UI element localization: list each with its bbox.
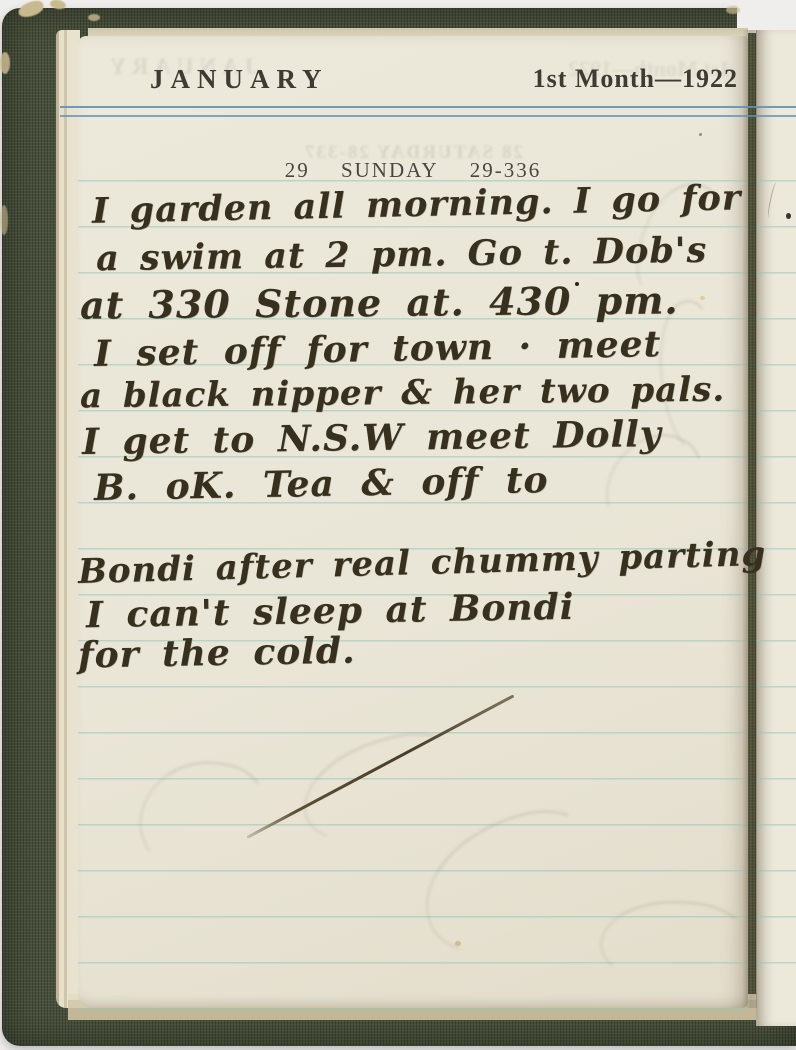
ruled-lines [756,180,796,1004]
handwriting-line: B. oK. Tea & off to [94,459,549,509]
frayed-cloth [726,6,740,14]
handwriting-line: I can't sleep at Bondi [86,586,575,637]
handwritten-entry: I garden all morning. I go for a swim at… [78,36,748,1008]
handwriting-line: I get to N.S.W meet Dolly [82,413,662,463]
handwriting-line: a swim at 2 pm. Go t. Dob's [96,230,708,280]
frayed-cloth [88,14,100,21]
ink-slash-mark [246,694,514,838]
handwriting-line: I set off for town · meet [94,323,662,375]
diary-photo: JANUARY 1st Month—1922 29 SUNDAY 29-336 … [0,0,796,1050]
handwriting-line: a black nipper & her two pals. [80,370,725,417]
frayed-cloth [0,52,10,74]
handwriting-line: Bondi after real chummy parting [78,534,767,592]
frayed-cloth [0,205,8,235]
handwriting-line: at 330 Stone at. 430 pm. [80,277,679,327]
page-stack-edge-left [56,30,80,1008]
handwriting-line: for the cold. [78,630,356,677]
handwriting-line: I garden all morning. I go for [92,177,742,232]
ink-fleck [786,213,791,219]
facing-page-sliver [756,30,796,1026]
